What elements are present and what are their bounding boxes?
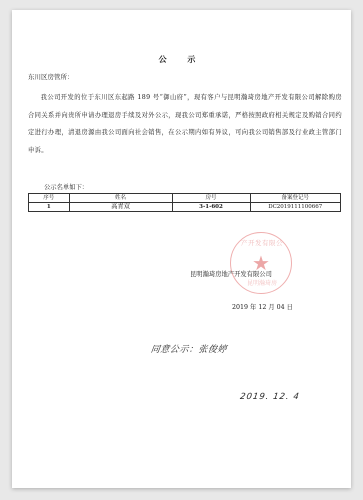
list-intro: 公示名单如下：	[44, 182, 88, 191]
body-paragraph: 我公司开发的位于东川区东起路 189 号“御山府”，现有客户与昆明瀚琦房地产开发…	[28, 89, 342, 159]
handwritten-approval: 同意公示：张俊婷	[150, 342, 228, 355]
header-index: 序号	[29, 194, 70, 203]
company-name: 昆明瀚琦房地产开发有限公司	[190, 269, 272, 278]
header-registration: 备案登记号	[250, 194, 341, 203]
cell-index: 1	[29, 203, 70, 212]
table-header-row: 序号 姓名 房号 备案登记号	[29, 194, 341, 203]
issue-date: 2019 年 12 月 04 日	[232, 302, 293, 311]
header-name: 姓名	[69, 194, 172, 203]
seal-bottom-text: 昆明瀚琦房	[239, 278, 285, 287]
cell-registration: DC2019111100667	[250, 203, 341, 212]
cell-name: 高青双	[69, 203, 172, 212]
seal-top-text: 产开发有限公	[239, 238, 285, 247]
announcement-table: 序号 姓名 房号 备案登记号 1 高青双 3-1-602 DC201911110…	[28, 193, 341, 212]
company-seal: 产开发有限公 ★ 昆明瀚琦房	[230, 232, 292, 294]
table-row: 1 高青双 3-1-602 DC2019111100667	[29, 203, 341, 212]
cell-room: 3-1-602	[172, 203, 250, 212]
handwritten-date: 2019. 12. 4	[239, 392, 300, 402]
addressee: 东川区房管所：	[28, 72, 74, 81]
header-room: 房号	[172, 194, 250, 203]
document-title: 公 示	[12, 54, 351, 65]
document-page: 公 示 东川区房管所： 我公司开发的位于东川区东起路 189 号“御山府”，现有…	[12, 10, 351, 488]
